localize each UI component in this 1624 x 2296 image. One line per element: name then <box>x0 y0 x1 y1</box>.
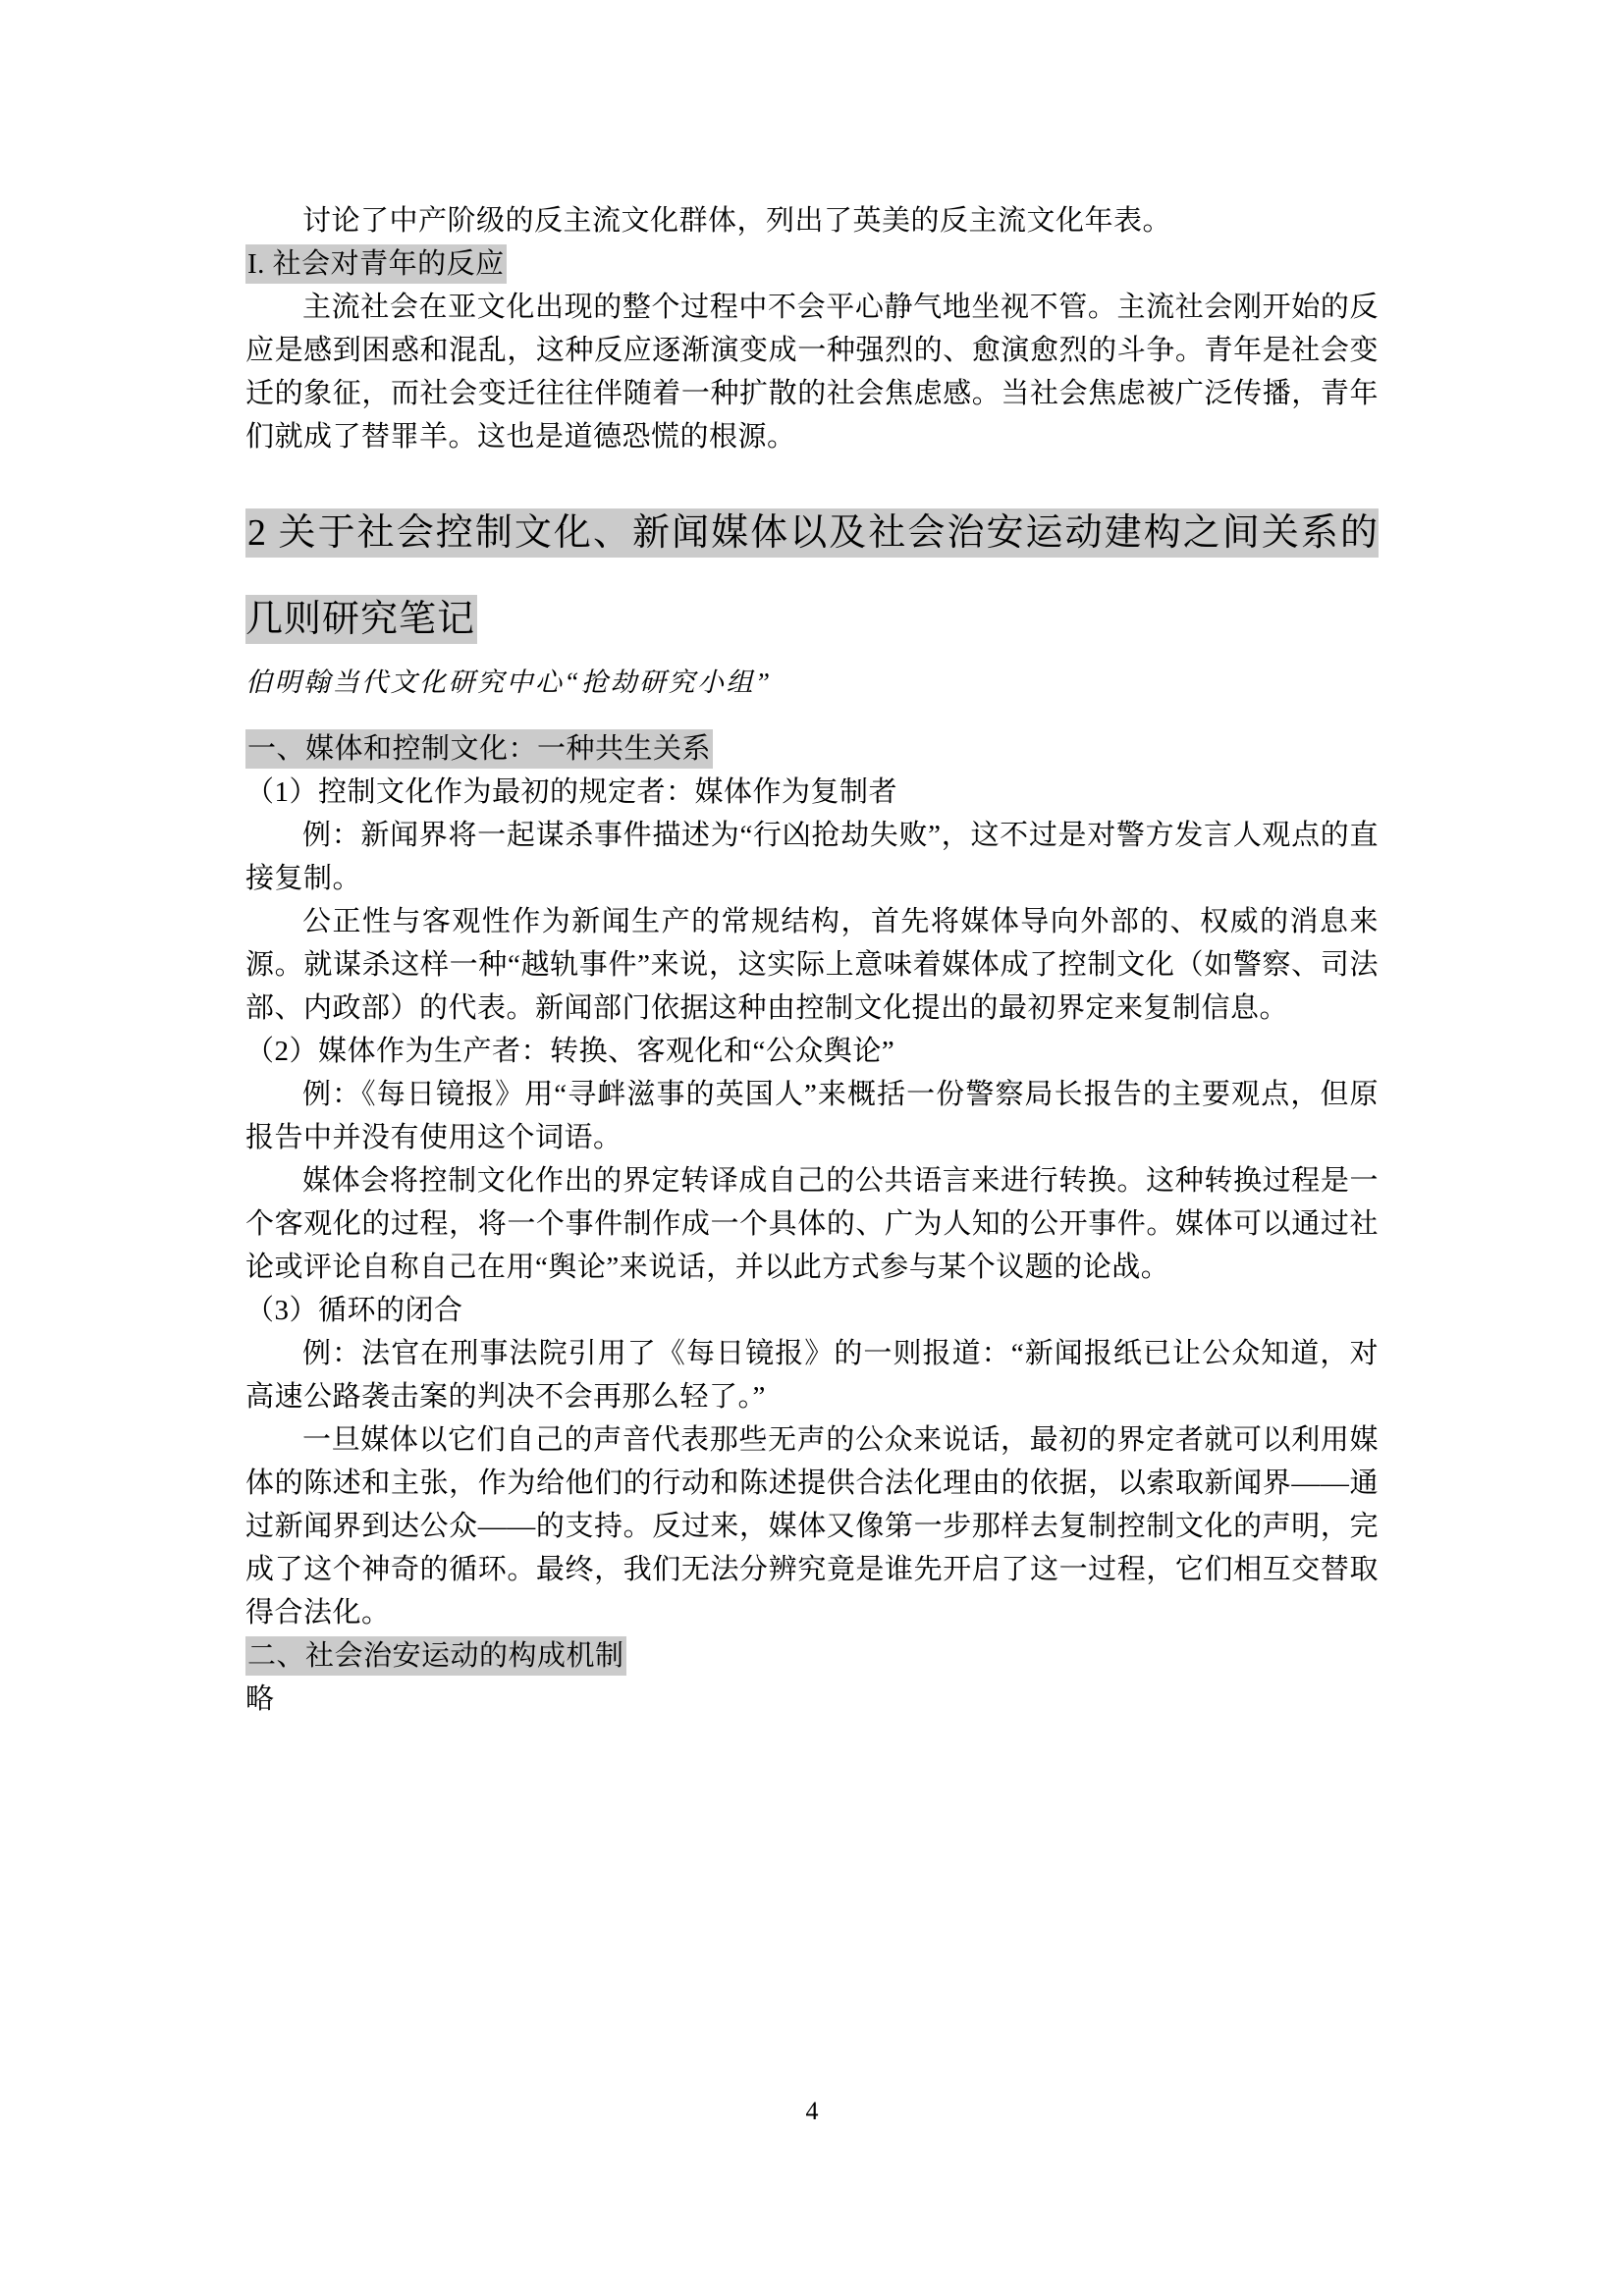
paragraph: 例：法官在刑事法院引用了《每日镜报》的一则报道：“新闻报纸已让公众知道，对高速公… <box>245 1332 1379 1418</box>
document-page: 讨论了中产阶级的反主流文化群体，列出了英美的反主流文化年表。 I. 社会对青年的… <box>0 0 1624 2296</box>
paragraph: 媒体会将控制文化作出的界定转译成自己的公共语言来进行转换。这种转换过程是一个客观… <box>245 1159 1379 1289</box>
highlighted-chapter-title-text: 2 关于社会控制文化、新闻媒体以及社会治安运动建构之间关系的几则研究笔记 <box>245 508 1379 644</box>
intro-paragraph: 讨论了中产阶级的反主流文化群体，列出了英美的反主流文化年表。 <box>245 199 1379 242</box>
section-paragraph: 主流社会在亚文化出现的整个过程中不会平心静气地坐视不管。主流社会刚开始的反应是感… <box>245 286 1379 458</box>
page-content: 讨论了中产阶级的反主流文化群体，列出了英美的反主流文化年表。 I. 社会对青年的… <box>245 199 1379 1721</box>
chapter-byline: 伯明翰当代文化研究中心“抢劫研究小组” <box>245 665 1379 700</box>
chapter-title: 2 关于社会控制文化、新闻媒体以及社会治安运动建构之间关系的几则研究笔记 <box>245 490 1379 663</box>
highlighted-heading-text: I. 社会对青年的反应 <box>245 244 507 284</box>
paragraph: 例：新闻界将一起谋杀事件描述为“行凶抢劫失败”，这不过是对警方发言人观点的直接复… <box>245 814 1379 900</box>
paragraph: 公正性与客观性作为新闻生产的常规结构，首先将媒体导向外部的、权威的消息来源。就谋… <box>245 900 1379 1030</box>
highlighted-heading-text: 二、社会治安运动的构成机制 <box>245 1636 626 1676</box>
highlighted-heading-text: 一、媒体和控制文化：一种共生关系 <box>245 729 713 769</box>
part2-heading: 二、社会治安运动的构成机制 <box>245 1634 1379 1678</box>
part1-heading: 一、媒体和控制文化：一种共生关系 <box>245 727 1379 771</box>
paragraph: 例：《每日镜报》用“寻衅滋事的英国人”来概括一份警察局长报告的主要观点，但原报告… <box>245 1073 1379 1159</box>
page-number: 4 <box>0 2097 1624 2126</box>
omitted-note: 略 <box>245 1678 1379 1721</box>
paragraph: 一旦媒体以它们自己的声音代表那些无声的公众来说话，最初的界定者就可以利用媒体的陈… <box>245 1418 1379 1634</box>
section-heading-youth-reaction: I. 社会对青年的反应 <box>245 242 1379 286</box>
subheading-3: （3）循环的闭合 <box>245 1289 1379 1332</box>
subheading-2: （2）媒体作为生产者：转换、客观化和“公众舆论” <box>245 1030 1379 1073</box>
subheading-1: （1）控制文化作为最初的规定者：媒体作为复制者 <box>245 771 1379 814</box>
